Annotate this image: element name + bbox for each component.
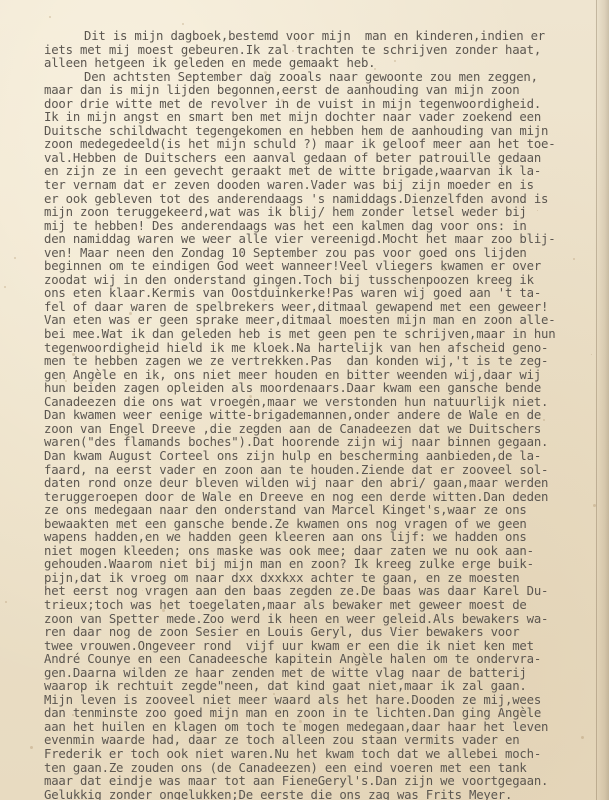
text-line: niet mogen kleeden; ons maske was ook me… [44, 545, 604, 559]
text-line: Ik in mijn angst en smart ben met mijn d… [44, 111, 604, 125]
text-line: door drie witte met de revolver in de vu… [44, 98, 604, 112]
paper-speck [4, 286, 6, 288]
paper-speck [5, 601, 7, 603]
text-line: ven! Maar neen den Zondag 10 September z… [44, 247, 604, 261]
paper-speck [30, 746, 33, 749]
text-line: ten gaan.Ze zouden ons (de Canadeezen) e… [44, 762, 604, 776]
text-line: beginnen om te eindigen God weet wanneer… [44, 260, 604, 274]
text-line: ons eten klaar.Kermis van Oostduinkerke!… [44, 287, 604, 301]
text-line: aan het huilen en klagen om toch te moge… [44, 721, 604, 735]
text-line: mijn zoon teruggekeerd,wat was ik blij/ … [44, 206, 604, 220]
text-line: zoon van Engel Dreeve ,die zegden aan de… [44, 423, 604, 437]
text-line: val.Hebben de Duitschers een aanval geda… [44, 152, 604, 166]
text-line: zoodat wij in den onderstand gingen.Toch… [44, 274, 604, 288]
text-line: Dit is mijn dagboek,bestemd voor mijn ma… [44, 30, 604, 44]
paper-speck [182, 23, 184, 25]
text-line: pijn,dat ik vroeg om naar dxx dxxkxx ach… [44, 572, 604, 586]
text-line: zoon medegedeeld(is het mijn schuld ?) m… [44, 138, 604, 152]
diary-page: Dit is mijn dagboek,bestemd voor mijn ma… [0, 0, 609, 800]
text-line: men te hebben zagen we ze vertrekken.Pas… [44, 355, 604, 369]
text-line: daten rond onze deur bleven wilden wij n… [44, 477, 604, 491]
text-line: er ook gebleven tot des anderendaags 's … [44, 193, 604, 207]
text-line: dan tenminste zoo goed mijn man en zoon … [44, 707, 604, 721]
text-line: Dan kwamen weer eenige witte-brigademann… [44, 409, 604, 423]
text-line: en zijn ze in een gevecht geraakt met de… [44, 165, 604, 179]
paper-speck [14, 257, 16, 259]
text-line: Mijn leven is zooveel niet meer waard al… [44, 694, 604, 708]
text-line: zoon van Spetter mede.Zoo werd ik heen e… [44, 613, 604, 627]
text-line: André Counye en een Canadeesche kapitein… [44, 653, 604, 667]
typewritten-text: Dit is mijn dagboek,bestemd voor mijn ma… [44, 30, 604, 800]
text-line: ter vernam dat er zeven dooden waren.Vad… [44, 179, 604, 193]
text-line: bewaakten met een gansche bende.Ze kwame… [44, 518, 604, 532]
text-line: het eerst nog vragen aan den baas zegden… [44, 585, 604, 599]
text-line: mij te hebben! Des anderendaags was het … [44, 220, 604, 234]
text-line: gen.Daarna wilden ze haar zenden met de … [44, 667, 604, 681]
text-line: Dan kwam August Corteel ons zijn hulp en… [44, 450, 604, 464]
text-line: gen Angèle en ik, ons niet meer houden e… [44, 369, 604, 383]
text-line: den namiddag waren we weer alle vier ver… [44, 233, 604, 247]
text-line: twee vrouwen.Ongeveer rond vijf uur kwam… [44, 640, 604, 654]
text-line: gehouden.Waarom niet bij mijn man en zoo… [44, 558, 604, 572]
text-line: alleen hetgeen ik geleden en mede gemaak… [44, 57, 604, 71]
text-line: maar dan is mijn lijden begonnen,eerst d… [44, 84, 604, 98]
text-line: waren("des flamands boches").Dat hoorend… [44, 436, 604, 450]
text-line: maar dat eindje was maar tot aan FieneGe… [44, 775, 604, 789]
text-line: iets met mij moest gebeuren.Ik zal trach… [44, 44, 604, 58]
text-line: evenmin waarde had, daar ze toch alleen … [44, 734, 604, 748]
text-line: Gelukkig zonder ongelukken;De eerste die… [44, 789, 604, 800]
text-line: Van eten was er geen sprake meer,ditmaal… [44, 314, 604, 328]
text-line: bei mee.Wat ik dan geleden heb is met ge… [44, 328, 604, 342]
paper-speck [49, 16, 51, 18]
text-line: tegenwoordigheid hield ik me kloek.Na ha… [44, 342, 604, 356]
text-line: faard, na eerst vader en zoon aan te hou… [44, 464, 604, 478]
text-line: hun beiden zagen opleiden als moordenaar… [44, 382, 604, 396]
text-line: Frederik er toch ook niet waren.Nu het k… [44, 748, 604, 762]
text-line: trieux;toch was het toegelaten,maar als … [44, 599, 604, 613]
text-line: ren daar nog de zoon Sesier en Louis Ger… [44, 626, 604, 640]
text-line: wapens hadden,en we hadden geen kleeren … [44, 531, 604, 545]
text-line: fel of daar waren de spelbrekers weer,di… [44, 301, 604, 315]
text-line: ze ons medegaan naar den onderstand van … [44, 504, 604, 518]
text-line: Canadeezen die ons wat vroegen,maar we v… [44, 396, 604, 410]
text-line: Duitsche schildwacht tegengekomen en heb… [44, 125, 604, 139]
text-line: waarop ik rechtuit zegde"neen, dat kind … [44, 680, 604, 694]
text-line: teruggeroepen door de Wale en Dreeve en … [44, 491, 604, 505]
text-line: Den achtsten September dag zooals naar g… [44, 71, 604, 85]
